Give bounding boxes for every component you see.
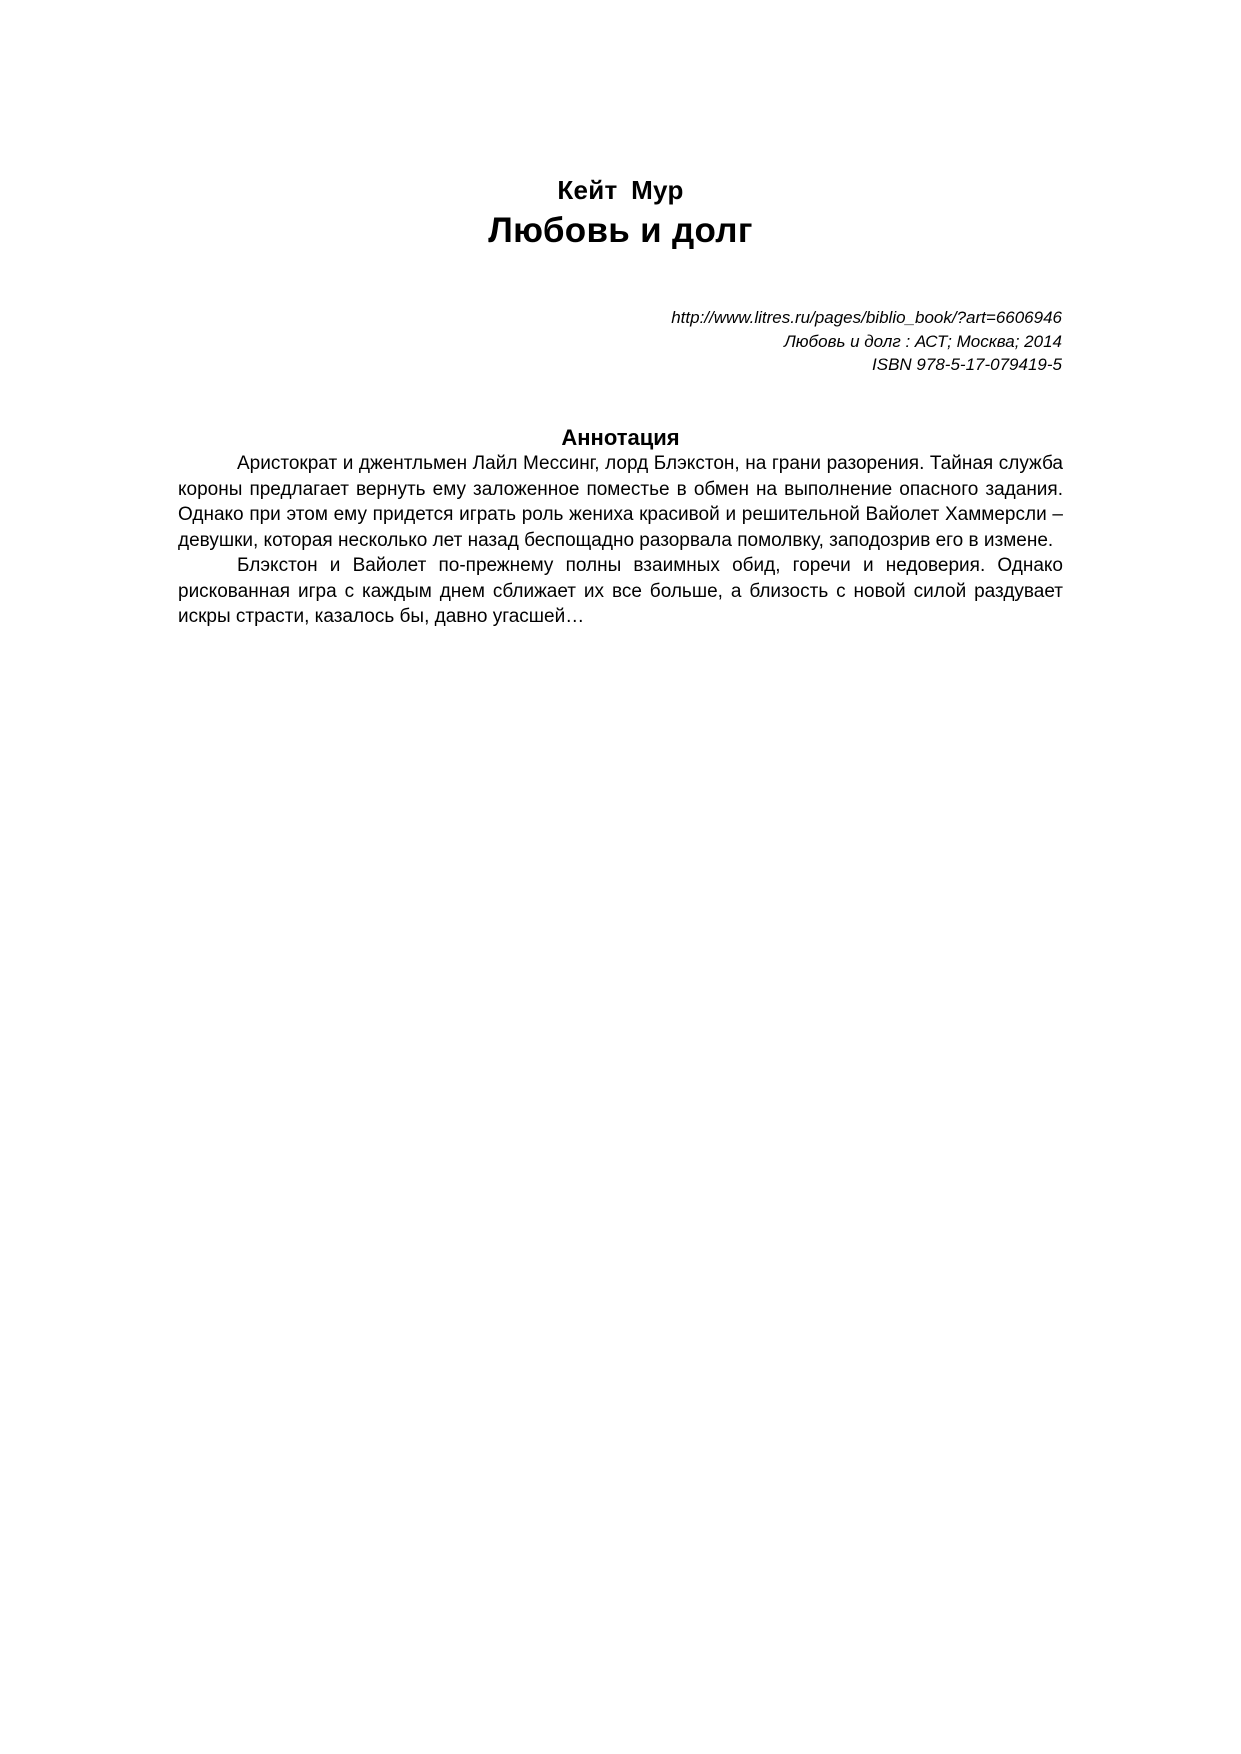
annotation-body: Аристократ и джентльмен Лайл Мессинг, ло… — [178, 451, 1063, 630]
annotation-paragraph: Блэкстон и Вайолет по-прежнему полны вза… — [178, 553, 1063, 630]
isbn: ISBN 978-5-17-079419-5 — [671, 353, 1062, 377]
annotation-paragraph: Аристократ и джентльмен Лайл Мессинг, ло… — [178, 451, 1063, 553]
publication-info: http://www.litres.ru/pages/biblio_book/?… — [671, 306, 1062, 377]
document-page: Кейт Мур Любовь и долг http://www.litres… — [0, 0, 1241, 1754]
annotation-heading: Аннотация — [0, 425, 1241, 451]
source-url: http://www.litres.ru/pages/biblio_book/?… — [671, 306, 1062, 330]
book-title: Любовь и долг — [0, 210, 1241, 252]
book-author: Кейт Мур — [0, 174, 1241, 206]
publication-details: Любовь и долг : АСТ; Москва; 2014 — [671, 330, 1062, 354]
